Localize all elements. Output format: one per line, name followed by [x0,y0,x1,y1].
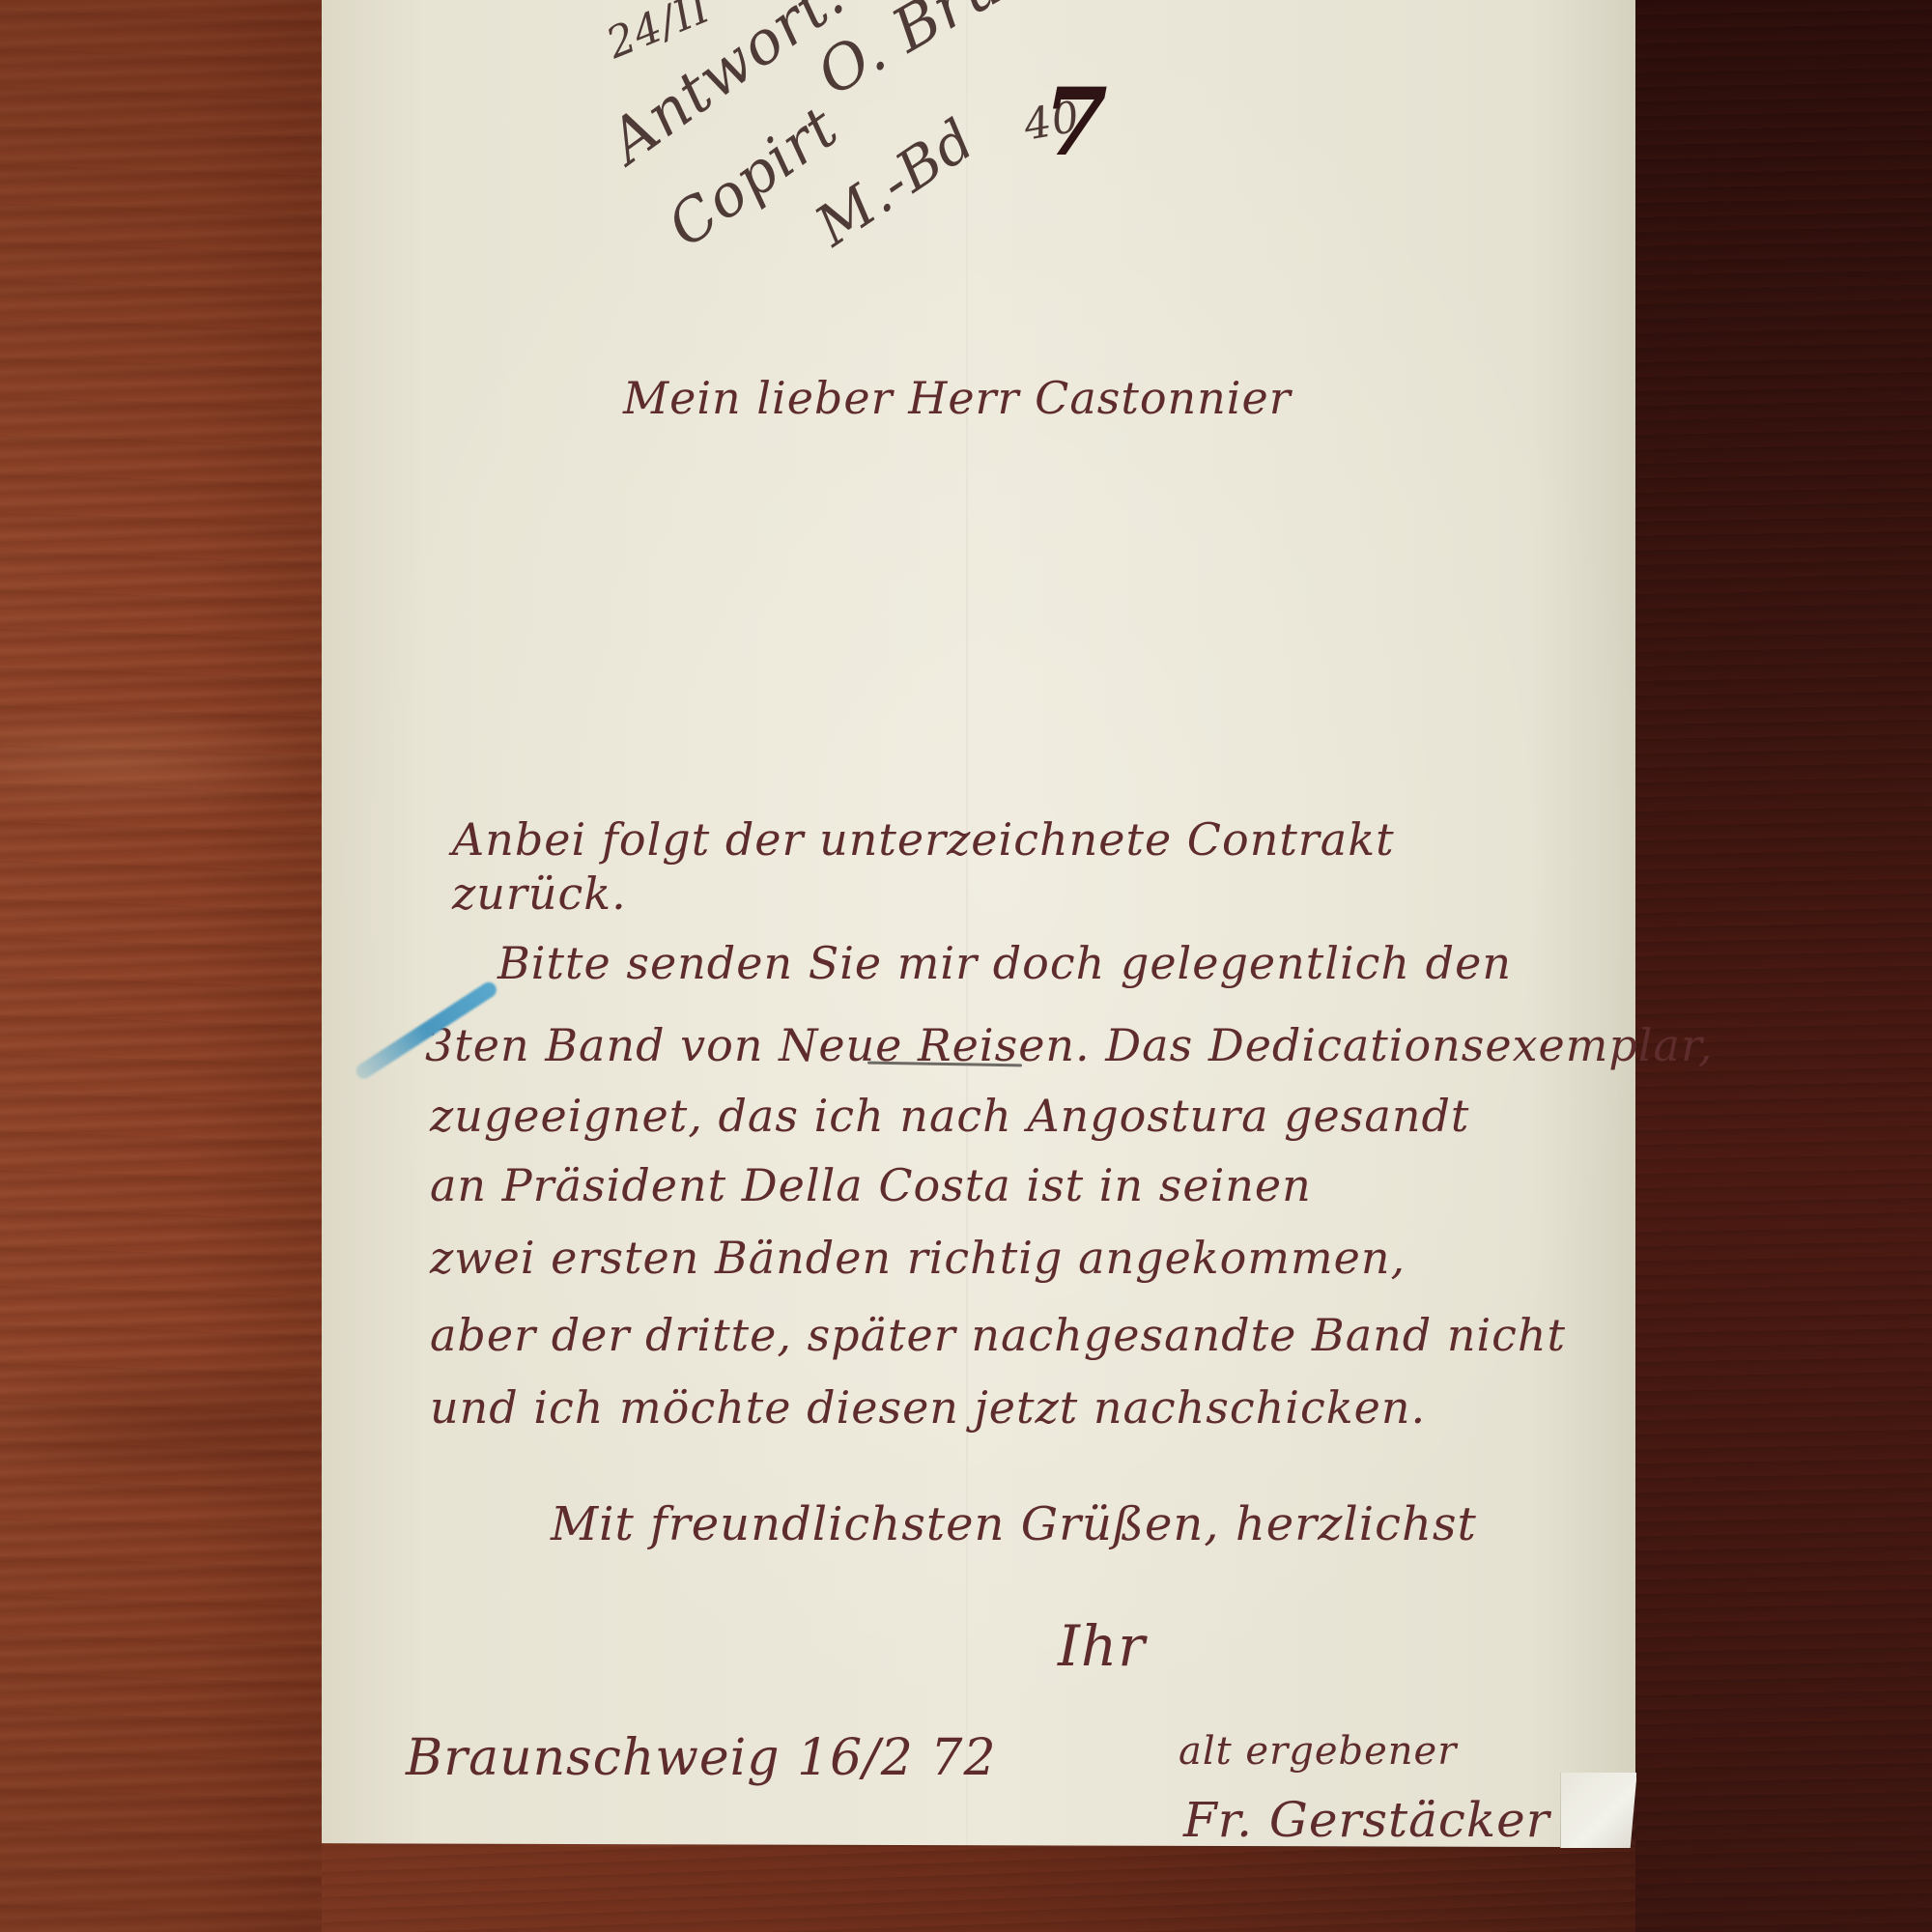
sign-off: alt ergebener [1179,1729,1457,1774]
letter-closing: Mit freundlichsten Grüßen, herzlichst [551,1497,1477,1551]
body-line: Anbei folgt der unterzeichnete Contrakt [452,813,1395,866]
paper-fold-crease [966,0,968,1847]
place-and-date: Braunschweig 16/2 72 [406,1729,997,1787]
closing-pronoun: Ihr [1058,1613,1146,1679]
letter-salutation: Mein lieber Herr Castonnier [623,372,1292,424]
wood-table-right [1635,0,1932,1932]
body-line: und ich möchte diesen jetzt nachschicken… [430,1381,1426,1434]
wood-table-bottom [322,1847,1635,1932]
annotation-number-suffix: 7 [1043,68,1109,177]
wood-table-left [0,0,322,1932]
body-line: an Präsident Della Costa ist in seinen [430,1159,1312,1211]
body-line: zugeeignet, das ich nach Angostura gesan… [430,1090,1469,1142]
body-line: zwei ersten Bänden richtig angekommen, [430,1232,1406,1284]
body-line: 3ten Band von Neue Reisen. Das Dedicatio… [425,1019,1714,1071]
body-line: Bitte senden Sie mir doch gelegentlich d… [497,937,1512,989]
letter-paper [322,0,1635,1847]
body-line: aber der dritte, später nachgesandte Ban… [430,1309,1566,1361]
signature: Fr. Gerstäcker [1183,1792,1550,1848]
folded-corner [1560,1773,1636,1848]
body-line: zurück. [452,867,627,920]
